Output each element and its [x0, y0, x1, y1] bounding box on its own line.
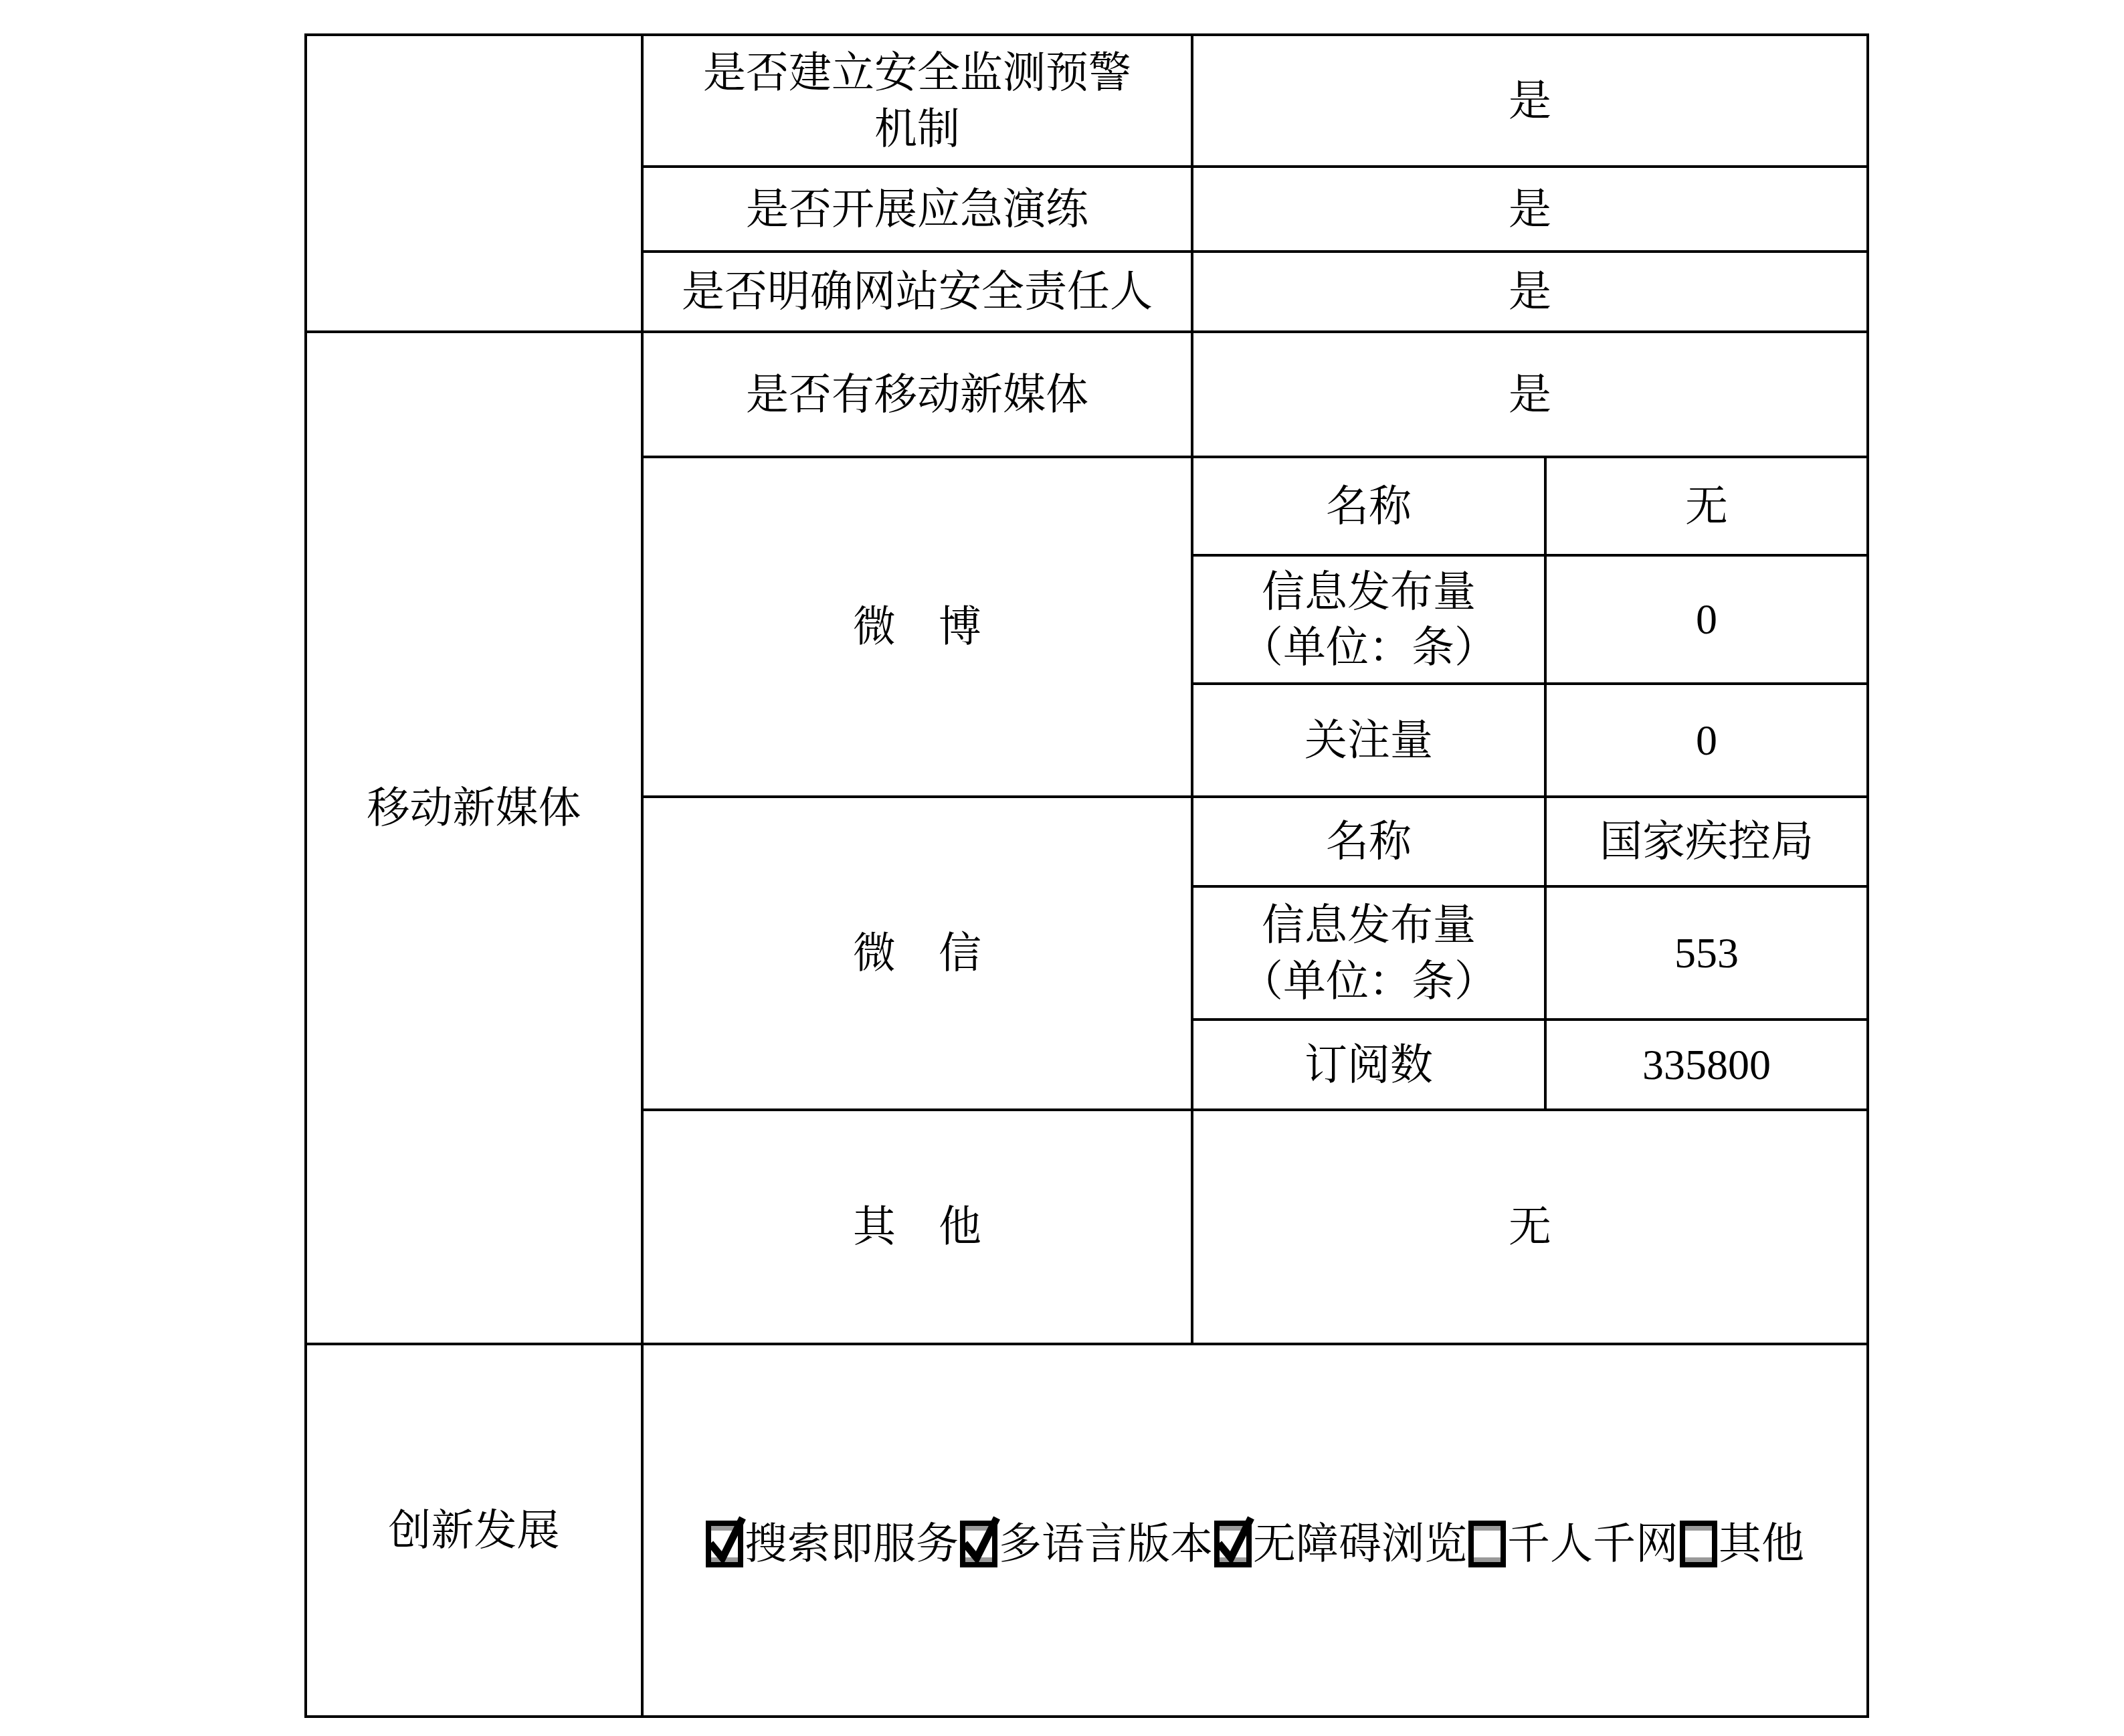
weibo-followers-value-text: 0 — [1696, 712, 1717, 768]
checkbox-unchecked-icon — [1468, 1521, 1506, 1567]
section-label-mobile-media: 移动新媒体 — [307, 333, 644, 1345]
other-media-value: 无 — [1193, 1111, 1866, 1345]
wechat-subscribers-value: 335800 — [1547, 1021, 1866, 1111]
weibo-posts-label-line2: （单位：条） — [1240, 619, 1497, 675]
question-responsible: 是否明确网站安全责任人 — [644, 253, 1193, 333]
wechat-posts-label-line1: 信息发布量 — [1262, 897, 1476, 953]
weibo-label: 微 博 — [644, 458, 1193, 798]
other-media-label: 其 他 — [644, 1111, 1193, 1345]
wechat-posts-value: 553 — [1547, 888, 1866, 1021]
check-mark-icon — [706, 1513, 747, 1566]
weibo-posts-value-text: 0 — [1696, 591, 1717, 647]
question-drill: 是否开展应急演练 — [644, 168, 1193, 253]
check-mark-icon — [960, 1513, 1001, 1566]
wechat-subscribers-label: 订阅数 — [1193, 1021, 1547, 1111]
wechat-name-value: 国家疾控局 — [1547, 798, 1866, 888]
question-drill-text: 是否开展应急演练 — [746, 181, 1088, 237]
checkbox-label: 其他 — [1719, 1516, 1804, 1571]
weibo-posts-label-line1: 信息发布量 — [1262, 564, 1476, 619]
weibo-name-label-text: 名称 — [1326, 478, 1412, 534]
checkbox-checked-icon — [1214, 1521, 1252, 1567]
answer-drill: 是 — [1193, 168, 1866, 253]
section-label-innovation-text: 创新发展 — [389, 1503, 560, 1558]
wechat-subscribers-value-text: 335800 — [1642, 1037, 1771, 1092]
checkbox-label: 千人千网 — [1507, 1516, 1678, 1571]
checkbox-unchecked-icon — [1680, 1521, 1717, 1567]
question-monitor: 是否建立安全监测预警 机制 — [644, 36, 1193, 168]
report-table: 是否建立安全监测预警 机制 是 是否开展应急演练 是 是否明确网站安全责任人 是… — [304, 33, 1869, 1718]
wechat-name-label-text: 名称 — [1326, 813, 1412, 869]
document-page: 是否建立安全监测预警 机制 是 是否开展应急演练 是 是否明确网站安全责任人 是… — [0, 0, 2124, 1736]
question-monitor-line2: 机制 — [874, 101, 960, 157]
innovation-option: 无障碍浏览 — [1214, 1516, 1467, 1571]
answer-drill-value: 是 — [1509, 181, 1551, 237]
weibo-name-value-text: 无 — [1685, 478, 1728, 534]
wechat-posts-label-line2: （单位：条） — [1240, 953, 1497, 1009]
section-label-mobile-media-text: 移动新媒体 — [367, 780, 581, 836]
innovation-option: 其他 — [1680, 1516, 1804, 1571]
wechat-name-label: 名称 — [1193, 798, 1547, 888]
question-responsible-text: 是否明确网站安全责任人 — [682, 264, 1153, 319]
wechat-label-text: 微 信 — [853, 925, 981, 981]
weibo-followers-value: 0 — [1547, 685, 1866, 798]
weibo-followers-label: 关注量 — [1193, 685, 1547, 798]
weibo-label-text: 微 博 — [853, 599, 981, 654]
innovation-option: 搜索即服务 — [706, 1516, 959, 1571]
answer-has-media: 是 — [1193, 333, 1866, 458]
checkbox-checked-icon — [960, 1521, 997, 1567]
wechat-posts-label: 信息发布量 （单位：条） — [1193, 888, 1547, 1021]
weibo-name-value: 无 — [1547, 458, 1866, 557]
section-label-innovation: 创新发展 — [307, 1345, 644, 1715]
weibo-followers-label-text: 关注量 — [1305, 712, 1433, 768]
answer-has-media-value: 是 — [1509, 367, 1551, 422]
answer-monitor-value: 是 — [1509, 73, 1551, 128]
other-media-value-text: 无 — [1509, 1199, 1551, 1254]
question-has-media-text: 是否有移动新媒体 — [746, 367, 1088, 422]
innovation-option: 千人千网 — [1468, 1516, 1678, 1571]
answer-monitor: 是 — [1193, 36, 1866, 168]
answer-responsible-value: 是 — [1509, 264, 1551, 319]
empty-section-cell — [307, 36, 644, 333]
checkbox-label: 多语言版本 — [999, 1516, 1213, 1571]
checkbox-label: 搜索即服务 — [745, 1516, 959, 1571]
check-mark-icon — [1214, 1513, 1256, 1566]
wechat-posts-value-text: 553 — [1674, 925, 1739, 981]
wechat-label: 微 信 — [644, 798, 1193, 1111]
other-media-label-text: 其 他 — [853, 1199, 981, 1254]
question-has-media: 是否有移动新媒体 — [644, 333, 1193, 458]
question-monitor-line1: 是否建立安全监测预警 — [703, 45, 1131, 100]
wechat-subscribers-label-text: 订阅数 — [1305, 1037, 1433, 1092]
checkbox-checked-icon — [706, 1521, 743, 1567]
weibo-name-label: 名称 — [1193, 458, 1547, 557]
weibo-posts-value: 0 — [1547, 557, 1866, 685]
wechat-name-value-text: 国家疾控局 — [1600, 813, 1814, 869]
answer-responsible: 是 — [1193, 253, 1866, 333]
weibo-posts-label: 信息发布量 （单位：条） — [1193, 557, 1547, 685]
innovation-options: 搜索即服务 多语言版本 无障碍浏览 千人千网 — [644, 1345, 1866, 1715]
innovation-option: 多语言版本 — [960, 1516, 1213, 1571]
checkbox-label: 无障碍浏览 — [1253, 1516, 1467, 1571]
